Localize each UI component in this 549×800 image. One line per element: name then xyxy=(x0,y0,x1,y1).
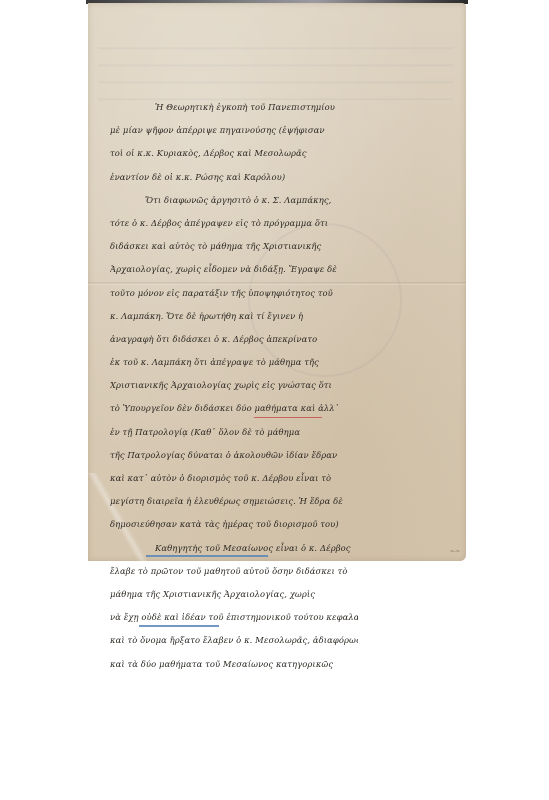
text-line: ἐν τῇ Πατρολογίᾳ (Καθ᾽ ὅλον δὲ τὸ μάθημα xyxy=(110,421,358,444)
handwritten-text: Ἡ Θεωρητικὴ ἐγκοπὴ τοῦ Πανεπιστημίου μὲ … xyxy=(110,96,358,676)
text-line: Ὅτι διαφωνῶς ἀργησιτὸ ὁ κ. Σ. Λαμπάκης, xyxy=(110,189,358,212)
text-line: κ. Λαμπάκη. Ὅτε δὲ ἠρωτήθη καὶ τί ἔγινεν… xyxy=(110,305,358,328)
blue-underline-annotation xyxy=(139,625,219,627)
text-line: διδάσκει καὶ αὐτὸς τὸ μάθημα τῆς Χριστια… xyxy=(110,235,358,258)
text-line: ἀναγραφὴ ὅτι διδάσκει ὁ κ. Δέρβος ἀπεκρί… xyxy=(110,328,358,351)
blue-underline-annotation xyxy=(146,555,268,557)
red-underline-annotation xyxy=(254,417,322,418)
text-line: Χριστιανικῆς Ἀρχαιολογίας χωρὶς εἰς γνώσ… xyxy=(110,374,358,397)
text-line: ἔλαβε τὸ πρῶτον τοῦ μαθητοῦ αὐτοῦ ὅσην δ… xyxy=(110,560,358,583)
corner-ink-mark: ~·~ xyxy=(450,549,460,555)
text-line: καὶ τὸ ὄνομα ἤρξατο ἔλαβεν ὁ κ. Μεσολωρᾶ… xyxy=(110,629,358,652)
text-line: Ἡ Θεωρητικὴ ἐγκοπὴ τοῦ Πανεπιστημίου xyxy=(110,96,358,119)
manuscript-page: Ἡ Θεωρητικὴ ἐγκοπὴ τοῦ Πανεπιστημίου μὲ … xyxy=(88,3,466,561)
ink-bleed-through xyxy=(98,33,453,103)
text-line: Ἀρχαιολογίας, χωρὶς εἶδομεν νὰ διδάξῃ. Ἔ… xyxy=(110,258,358,281)
text-line: ἐκ τοῦ κ. Λαμπάκη ὅτι ἀπέγραψε τὸ μάθημα… xyxy=(110,351,358,374)
text-line: τοὶ οἱ κ.κ. Κυριακὸς, Δέρβος καὶ Μεσολωρ… xyxy=(110,142,358,165)
text-line: μεγίστη διαιρεῖα ἡ ἐλευθέρως σημειώσεις.… xyxy=(110,490,358,513)
text-line: τότε ὁ κ. Δέρβος ἀπέγραψεν εἰς τὸ πρόγρα… xyxy=(110,212,358,235)
text-line: μάθημα τῆς Χριστιανικῆς Ἀρχαιολογίας, χω… xyxy=(110,583,358,606)
text-line: τῆς Πατρολογίας δύναται ὁ ἀκολουθῶν ἰδία… xyxy=(110,444,358,467)
text-line: τοῦτο μόνον εἰς παρατάξιν τῆς ὑποψηφιότη… xyxy=(110,282,358,305)
text-line: δημοσιεύθησαν κατὰ τὰς ἡμέρας τοῦ διορισ… xyxy=(110,513,358,536)
text-line: καὶ κατ᾽ αὐτὸν ὁ διορισμὸς τοῦ κ. Δέρβου… xyxy=(110,467,358,490)
text-line: μὲ μίαν ψῆφον ἀπέρριψε πηγαινούσης (ἐψήφ… xyxy=(110,119,358,142)
text-line: ἐναντίον δὲ οἱ κ.κ. Ρώσης καὶ Καρόλου) xyxy=(110,166,358,189)
text-line: καὶ τὰ δύο μαθήματα τοῦ Μεσαίωνος κατηγο… xyxy=(110,653,358,676)
